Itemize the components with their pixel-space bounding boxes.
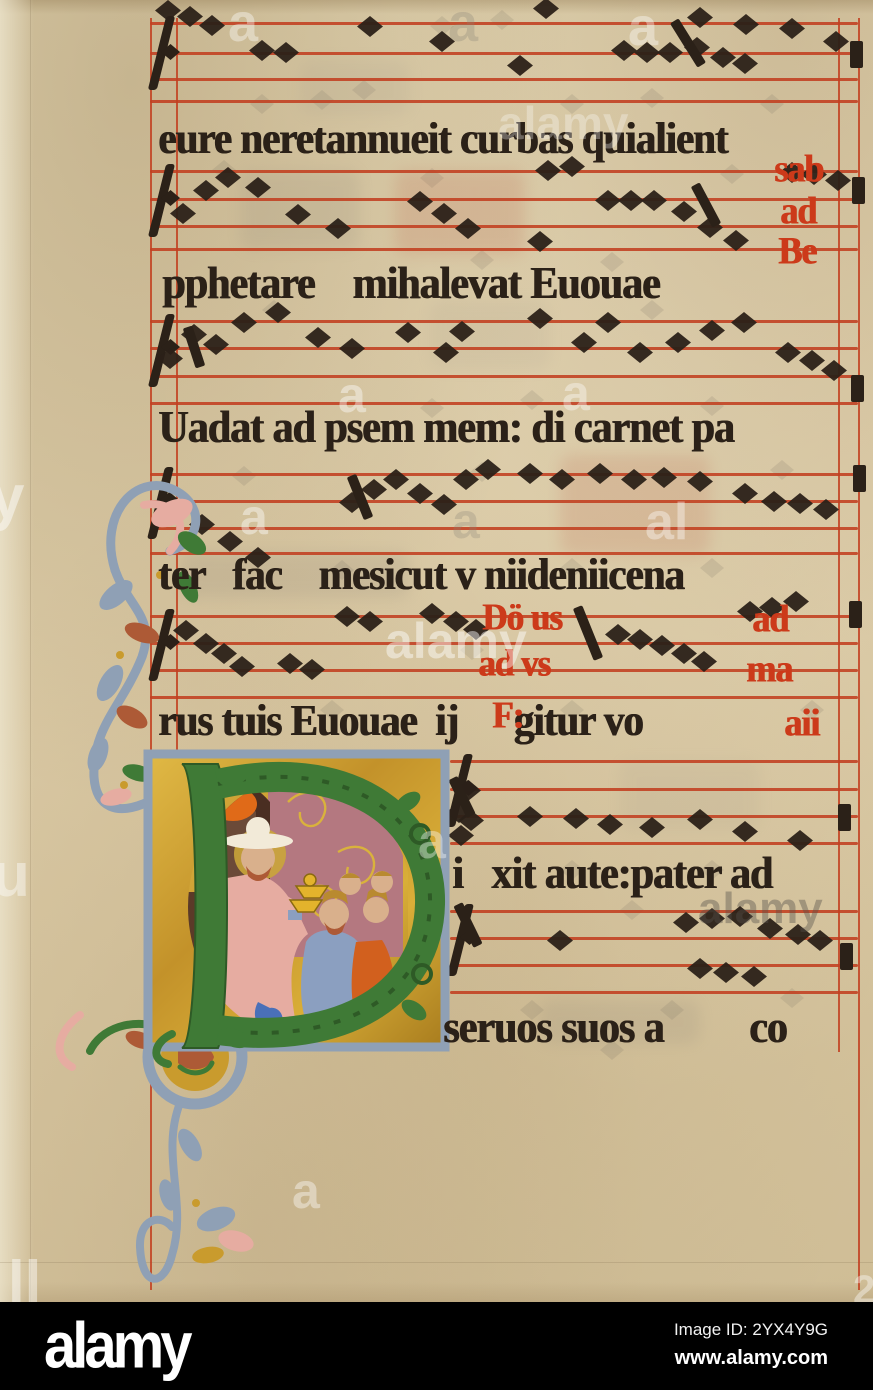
watermark-letter: a — [448, 0, 478, 54]
custos-mark — [849, 601, 862, 628]
neume-note — [627, 629, 653, 650]
watermark-letter: a — [628, 0, 658, 58]
staff-line — [150, 347, 858, 350]
staff-line — [150, 248, 858, 251]
neume-note — [665, 332, 691, 353]
neume-note — [823, 31, 849, 52]
neume-note — [334, 606, 360, 627]
neume-note — [339, 338, 365, 359]
neume-note — [563, 808, 589, 829]
bleed-through-note — [490, 10, 514, 30]
bleed-through-note — [700, 558, 724, 578]
custos-mark — [840, 943, 853, 970]
watermark-letter: a — [338, 366, 366, 424]
watermark-letter: y — [0, 462, 24, 533]
neume-note — [731, 312, 757, 333]
neume-note — [517, 463, 543, 484]
credit-info: Image ID: 2YX4Y9G www.alamy.com — [674, 1320, 828, 1370]
neume-note — [732, 53, 758, 74]
image-id: Image ID: 2YX4Y9G — [674, 1320, 828, 1340]
chant-text-line: rus tuis Euouae ij gitur vo — [158, 694, 643, 746]
rubric-text: Be — [778, 228, 816, 273]
neume-note — [357, 16, 383, 37]
watermark-letter: a — [240, 488, 268, 546]
neume-note — [305, 327, 331, 348]
chant-text-line: pphetare mihalevat Euouae — [162, 258, 659, 310]
neume-note — [687, 958, 713, 979]
rubric-text: aii — [784, 700, 819, 745]
neume-note — [547, 930, 573, 951]
neume-note — [395, 322, 421, 343]
neume-note — [775, 342, 801, 363]
staff-line — [450, 788, 858, 791]
neume-note — [761, 491, 787, 512]
neume-note — [517, 806, 543, 827]
custos-mark — [853, 465, 866, 492]
chant-text-line: seruos suos a co — [443, 1002, 787, 1054]
bleed-through-note — [640, 88, 664, 108]
chant-text-line: Uadat ad psem mem: di carnet pa — [158, 402, 734, 454]
staff-line — [150, 78, 858, 81]
watermark-letter: al — [645, 492, 688, 552]
staff-line — [450, 760, 858, 763]
neume-note — [203, 334, 229, 355]
watermark-letter: a — [228, 0, 258, 54]
bleed-through-note — [770, 460, 794, 480]
neume-note — [733, 14, 759, 35]
watermark-letter: a — [562, 364, 590, 422]
rubric-text: ad — [752, 596, 788, 641]
custos-mark — [851, 375, 864, 402]
neume-note — [170, 203, 196, 224]
neume-note — [649, 635, 675, 656]
neume-note — [821, 360, 847, 381]
neume-note — [799, 350, 825, 371]
neume-note — [710, 47, 736, 68]
bleed-through-text — [300, 60, 410, 115]
watermark-letter: alamy — [698, 884, 823, 934]
rubric-text: ad — [780, 188, 816, 233]
neume-note — [199, 15, 225, 36]
neume-note — [273, 42, 299, 63]
watermark-letter: alamy — [385, 612, 527, 670]
watermark-letter: a — [418, 812, 446, 870]
staff-line — [150, 198, 858, 201]
watermark-letter: a — [452, 492, 480, 550]
neume-note — [671, 201, 697, 222]
watermark-letter: a — [292, 1162, 320, 1220]
alamy-credit-bar: alamy Image ID: 2YX4Y9G www.alamy.com — [0, 1302, 873, 1390]
neume-note — [595, 190, 621, 211]
neume-note — [787, 493, 813, 514]
staff-line — [150, 170, 858, 173]
neume-note — [673, 912, 699, 933]
neume-note — [687, 7, 713, 28]
neume-note — [618, 190, 644, 211]
custos-mark — [838, 804, 851, 831]
staff-line — [150, 375, 858, 378]
staff-line — [450, 964, 858, 967]
chant-text-line: eure neretannueit curbas quialient — [158, 112, 727, 164]
bleed-through-text — [395, 170, 525, 255]
neume-note — [787, 830, 813, 851]
neume-note — [825, 170, 851, 191]
parchment-page: eure neretannueit curbas quialientppheta… — [0, 0, 873, 1302]
neume-note — [699, 320, 725, 341]
rubric-text: ma — [746, 646, 792, 691]
illuminated-initial-D — [138, 742, 458, 1072]
alamy-logo: alamy — [44, 1308, 188, 1383]
neume-note — [641, 190, 667, 211]
neume-note — [741, 966, 767, 987]
custos-mark — [850, 41, 863, 68]
bleed-through-note — [250, 94, 274, 114]
neume-note — [507, 55, 533, 76]
staff-line — [150, 225, 858, 228]
bleed-through-note — [720, 164, 744, 184]
chant-text-line: ter fac mesicut v niideniicena — [158, 548, 684, 600]
custos-mark — [852, 177, 865, 204]
neume-note — [571, 332, 597, 353]
rubric-text: sab — [774, 146, 823, 191]
margin-rule-line — [858, 18, 860, 1290]
neume-note — [533, 0, 559, 19]
rubric-text: F: — [492, 694, 523, 737]
watermark-letter: alamy — [498, 96, 628, 150]
watermark-letter: u — [0, 840, 30, 911]
neume-note — [657, 42, 683, 63]
alamy-url: www.alamy.com — [674, 1347, 828, 1370]
staff-line — [450, 991, 858, 994]
staff-line — [450, 815, 858, 818]
manuscript-photo: eure neretannueit curbas quialientppheta… — [0, 0, 873, 1390]
bleed-through-note — [760, 94, 784, 114]
neume-note — [595, 312, 621, 333]
neume-note — [299, 659, 325, 680]
neume-oblique-stroke — [573, 605, 603, 661]
neume-note — [231, 312, 257, 333]
neume-note — [627, 342, 653, 363]
